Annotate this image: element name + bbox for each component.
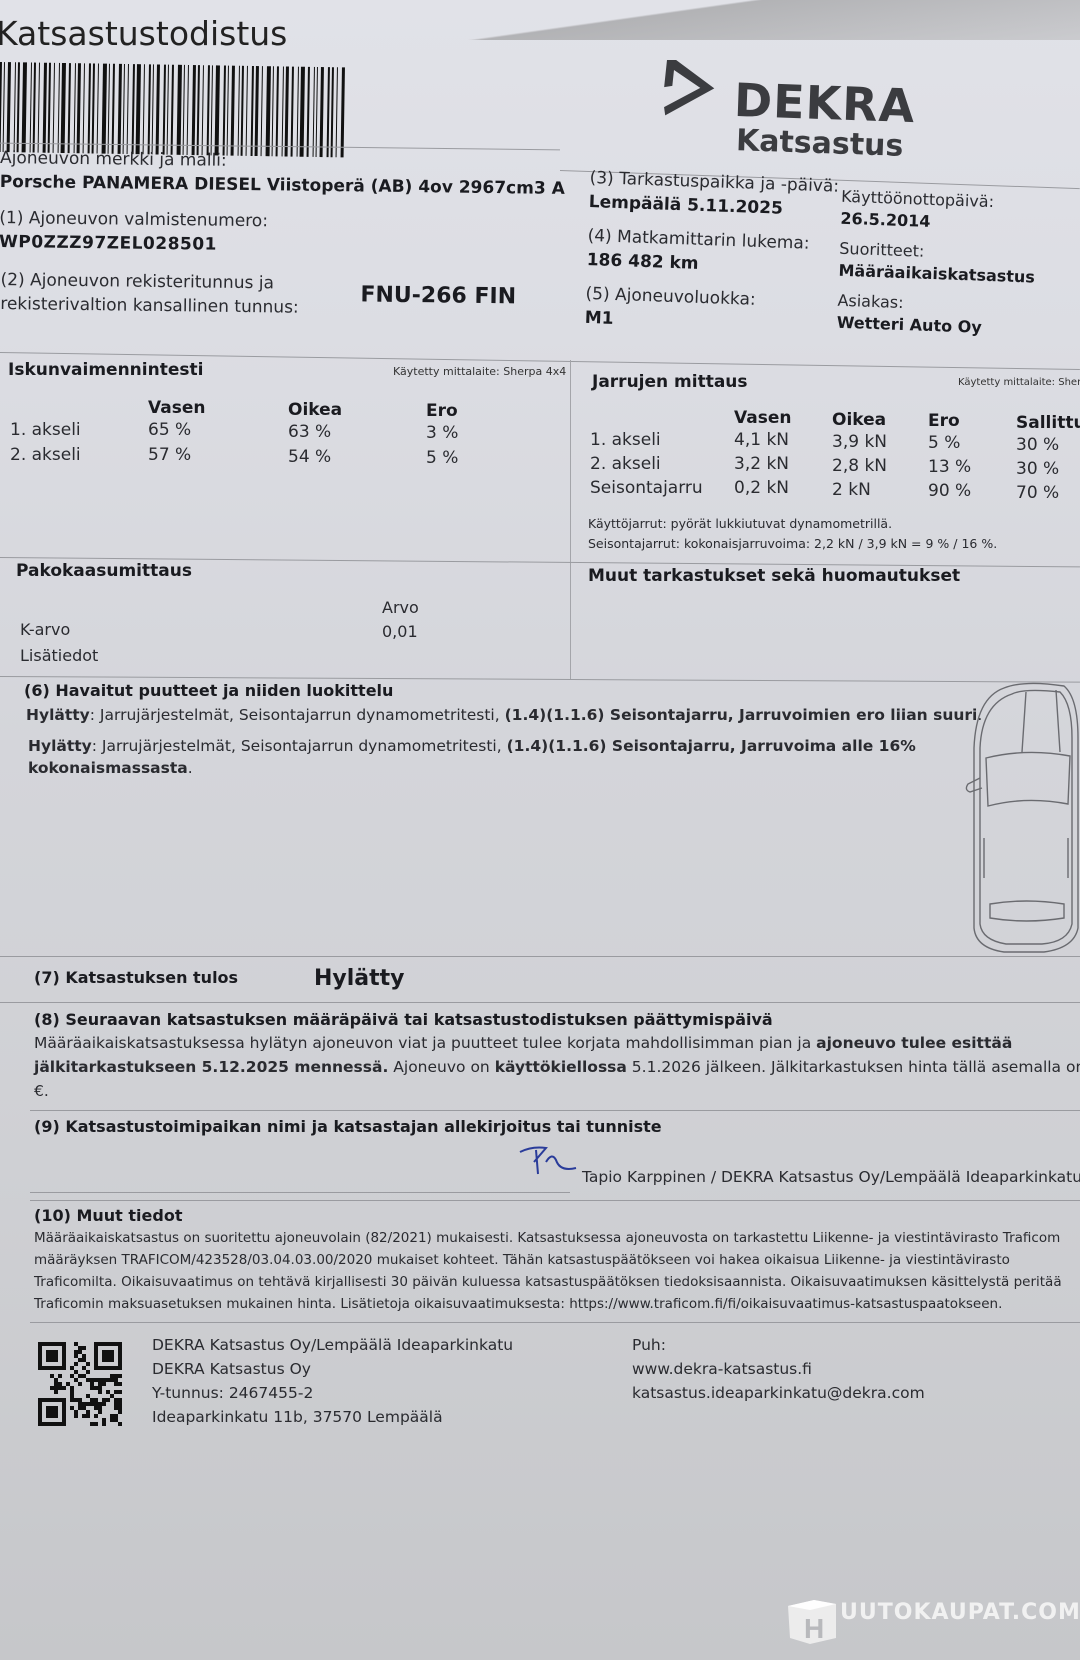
table-cell: 70 % <box>1016 483 1059 503</box>
brake-test-device: Käytetty mittalaite: Sherpa <box>958 377 1080 388</box>
table-cell: 30 % <box>1016 459 1059 479</box>
defect-tail: . <box>188 759 193 777</box>
defect-code: (1.4)(1.1.6) Seisontajarru, Jarruvoima a… <box>507 737 916 755</box>
defect-code: (1.4)(1.1.6) Seisontajarru, Jarruvoimien… <box>505 706 978 724</box>
exhaust-extra-label: Lisätiedot <box>20 646 98 665</box>
place-date-value: Lempäälä 5.11.2025 <box>588 192 783 219</box>
reg-label-line2: rekisterivaltion kansallinen tunnus: <box>0 294 299 318</box>
signature-scribble-icon <box>516 1142 580 1178</box>
watermark-cube-icon: H <box>784 1592 840 1646</box>
company-line: Ideaparkinkatu 11b, 37570 Lempäälä <box>152 1408 443 1426</box>
registration-value: FNU-266 FIN <box>360 282 516 309</box>
divider <box>0 1002 1080 1003</box>
defect-text: : Jarrujärjestelmät, Seisontajarrun dyna… <box>92 737 507 755</box>
defect-item: Hylätty: Jarrujärjestelmät, Seisontajarr… <box>28 737 916 755</box>
website-link[interactable]: www.dekra-katsastus.fi <box>632 1360 812 1378</box>
table-cell: 30 % <box>1016 435 1059 455</box>
text: 5.1.2026 jälkeen. Jälkitarkastuksen hint… <box>627 1058 1080 1076</box>
email-link[interactable]: katsastus.ideaparkinkatu@dekra.com <box>632 1384 925 1402</box>
column-header: Ero <box>426 401 458 421</box>
result-label: (7) Katsastuksen tulos <box>34 968 238 987</box>
phone-label: Puh: <box>632 1336 666 1354</box>
brake-test-title: Jarrujen mittaus <box>592 372 748 392</box>
defect-item-continued: kokonaismassasta. <box>28 759 193 777</box>
other-info-line: määräyksen TRAFICOM/423528/03.04.03.00/2… <box>34 1252 1010 1268</box>
inspector-name: Tapio Karppinen / DEKRA Katsastus Oy/Lem… <box>582 1168 1080 1186</box>
table-cell: 0,2 kN <box>734 478 789 498</box>
customer-value: Wetteri Auto Oy <box>836 313 982 337</box>
exhaust-value-header: Arvo <box>382 598 419 617</box>
brake-note-service: Käyttöjarrut: pyörät lukkiutuvat dynamom… <box>588 516 892 531</box>
text: Ajoneuvo on <box>388 1058 494 1076</box>
dekra-arrow-logo-icon <box>664 60 720 122</box>
performed-label: Suoritteet: <box>839 239 925 261</box>
divider <box>30 1322 1080 1323</box>
table-cell: 2,8 kN <box>832 456 887 476</box>
company-line: DEKRA Katsastus Oy/Lempäälä Ideaparkinka… <box>152 1336 513 1354</box>
divider <box>30 1200 1080 1201</box>
first-use-label: Käyttöönottopäivä: <box>841 187 995 211</box>
next-inspection-line1: Määräaikaiskatsastuksessa hylätyn ajoneu… <box>34 1034 1012 1052</box>
make-model-label: Ajoneuvon merkki ja malli: <box>0 148 227 171</box>
k-value: 0,01 <box>382 622 418 641</box>
defects-title: (6) Havaitut puutteet ja niiden luokitte… <box>24 681 393 700</box>
odometer-value: 186 482 km <box>586 250 698 274</box>
row-label: 2. akseli <box>590 454 661 474</box>
other-checks-title: Muut tarkastukset sekä huomautukset <box>588 566 960 586</box>
table-cell: 65 % <box>148 420 191 440</box>
signature-title: (9) Katsastustoimipaikan nimi ja katsast… <box>34 1117 662 1136</box>
defect-text: : Jarrujärjestelmät, Seisontajarrun dyna… <box>90 706 505 724</box>
next-inspection-line2: jälkitarkastukseen 5.12.2025 mennessä. A… <box>34 1058 1080 1076</box>
k-value-label: K-arvo <box>20 620 70 639</box>
next-inspection-title: (8) Seuraavan katsastuksen määräpäivä ta… <box>34 1010 773 1029</box>
performed-value: Määräaikaiskatsastus <box>838 261 1035 287</box>
column-header: Oikea <box>288 400 342 420</box>
divider <box>30 1110 1080 1111</box>
column-divider <box>570 360 571 680</box>
column-header: Vasen <box>148 398 205 418</box>
logo-subtitle: Katsastus <box>735 123 903 164</box>
signature-line <box>30 1192 570 1193</box>
customer-label: Asiakas: <box>837 291 904 312</box>
watermark-text: UUTOKAUPAT.COM <box>840 1600 1080 1625</box>
table-cell: 63 % <box>288 422 331 442</box>
divider <box>0 956 1080 957</box>
vehicle-class-label: (5) Ajoneuvoluokka: <box>585 284 756 310</box>
other-info-line: Traficomin maksuasetuksen mukainen hinta… <box>34 1296 1002 1312</box>
column-header: Oikea <box>832 410 886 430</box>
defect-status: Hylätty <box>28 737 92 755</box>
other-info-title: (10) Muut tiedot <box>34 1206 182 1225</box>
first-use-value: 26.5.2014 <box>840 209 931 231</box>
vehicle-class-value: M1 <box>584 308 613 329</box>
table-cell: 13 % <box>928 457 971 477</box>
svg-text:H: H <box>804 1613 825 1644</box>
row-label: 1. akseli <box>10 420 81 440</box>
table-cell: 3,9 kN <box>832 432 887 452</box>
column-header: Ero <box>928 411 960 431</box>
deadline-text: jälkitarkastukseen 5.12.2025 mennessä. <box>34 1058 388 1076</box>
company-line: Y-tunnus: 2467455-2 <box>152 1384 313 1402</box>
exhaust-title: Pakokaasumittaus <box>16 561 192 581</box>
table-cell: 3 % <box>426 423 458 443</box>
table-cell: 90 % <box>928 481 971 501</box>
shock-test-device: Käytetty mittalaite: Sherpa 4x4 <box>393 365 566 378</box>
vin-label: (1) Ajoneuvon valmistenumero: <box>0 208 268 231</box>
column-header: Vasen <box>734 408 791 428</box>
row-label: Seisontajarru <box>590 478 703 498</box>
defect-item: Hylätty: Jarrujärjestelmät, Seisontajarr… <box>26 706 982 724</box>
qr-code-icon <box>38 1342 122 1426</box>
inspection-certificate: Katsastustodistus DEKRA Katsastus Ajoneu… <box>0 0 1080 1660</box>
defect-code-continued: kokonaismassasta <box>28 759 188 777</box>
odometer-label: (4) Matkamittarin lukema: <box>587 226 810 254</box>
row-label: 1. akseli <box>590 430 661 450</box>
vin-value: WP0ZZZ97ZEL028501 <box>0 232 217 255</box>
other-info-line: Määräaikaiskatsastus on suoritettu ajone… <box>34 1230 1060 1246</box>
table-cell: 5 % <box>928 433 960 453</box>
make-model-value: Porsche PANAMERA DIESEL Viistoperä (AB) … <box>0 172 565 199</box>
reg-label-line1: (2) Ajoneuvon rekisteritunnus ja <box>0 270 274 293</box>
next-inspection-line3: €. <box>34 1082 49 1100</box>
brake-note-parking: Seisontajarrut: kokonaisjarruvoima: 2,2 … <box>588 536 997 551</box>
watermark: H UUTOKAUPAT.COM <box>786 1600 1080 1625</box>
result-value: Hylätty <box>314 966 405 991</box>
car-top-view-icon <box>964 678 1080 958</box>
text: Määräaikaiskatsastuksessa hylätyn ajoneu… <box>34 1034 816 1052</box>
defect-status: Hylätty <box>26 706 90 724</box>
other-info-line: Traficomilta. Oikaisuvaatimus on tehtävä… <box>34 1274 1062 1290</box>
row-label: 2. akseli <box>10 445 81 465</box>
text-bold: ajoneuvo tulee esittää <box>816 1034 1012 1052</box>
table-cell: 4,1 kN <box>734 430 789 450</box>
shock-test-title: Iskunvaimennintesti <box>8 360 203 380</box>
column-header: Sallittu <box>1016 413 1080 433</box>
ban-text: käyttökiellossa <box>495 1058 627 1076</box>
table-cell: 5 % <box>426 448 458 468</box>
company-line: DEKRA Katsastus Oy <box>152 1360 311 1378</box>
table-cell: 54 % <box>288 447 331 467</box>
table-cell: 3,2 kN <box>734 454 789 474</box>
table-cell: 57 % <box>148 445 191 465</box>
table-cell: 2 kN <box>832 480 871 500</box>
